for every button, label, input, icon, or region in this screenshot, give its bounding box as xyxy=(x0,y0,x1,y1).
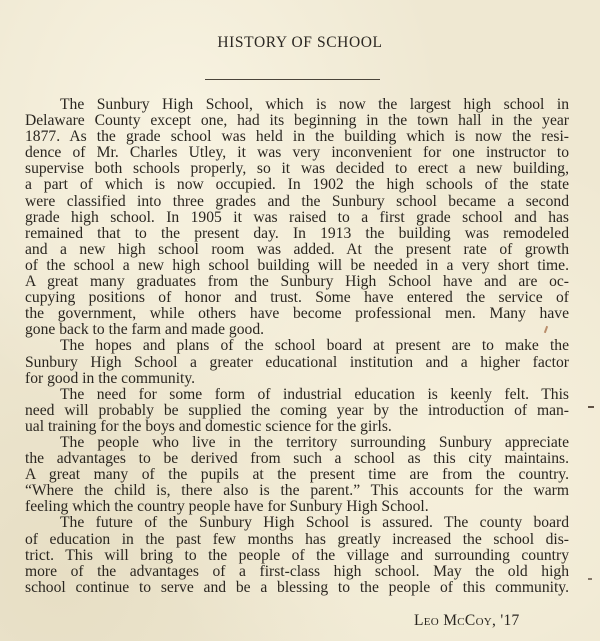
text-line: gone back to the farm and made good. xyxy=(25,322,569,338)
paragraph: The future of the Sunbury High School is… xyxy=(25,515,569,595)
text-line: dence of Mr. Charles Utley, it was very … xyxy=(25,145,569,161)
paragraph: The people who live in the territory sur… xyxy=(25,435,569,515)
text-line: A great many of the pupils at the presen… xyxy=(25,467,569,483)
ink-speck xyxy=(588,578,592,580)
text-line: The hopes and plans of the school board … xyxy=(25,338,569,354)
title-divider xyxy=(205,79,380,80)
page-title: HISTORY OF SCHOOL xyxy=(0,34,600,52)
text-line: the government, while others have become… xyxy=(25,306,569,322)
text-line: more of the advantages of a first-class … xyxy=(25,564,569,580)
text-line: The people who live in the territory sur… xyxy=(25,435,569,451)
text-line: 1877. As the grade school was held in th… xyxy=(25,129,569,145)
text-line: and a new high school room was added. At… xyxy=(25,242,569,258)
text-line: trict. This will bring to the people of … xyxy=(25,548,569,564)
text-line: The Sunbury High School, which is now th… xyxy=(25,97,569,113)
text-line: ual training for the boys and domestic s… xyxy=(25,419,569,435)
text-line: school continue to serve and be a blessi… xyxy=(25,580,569,596)
text-line: “Where the child is, there also is the p… xyxy=(25,483,569,499)
text-line: were classified into three grades and th… xyxy=(25,194,569,210)
text-line: the advantages to be derived from such a… xyxy=(25,451,569,467)
paragraph: The hopes and plans of the school board … xyxy=(25,338,569,386)
text-line: supervise both schools properly, so it w… xyxy=(25,161,569,177)
text-line: need will probably be supplied the comin… xyxy=(25,403,569,419)
text-line: The need for some form of industrial edu… xyxy=(25,387,569,403)
text-line: for good in the community. xyxy=(25,371,569,387)
paragraph: The Sunbury High School, which is now th… xyxy=(25,97,569,338)
author-signature: Leo McCoy, '17 xyxy=(414,612,520,630)
text-line: The future of the Sunbury High School is… xyxy=(25,515,569,531)
ink-speck xyxy=(588,406,594,408)
text-line: cupying positions of honor and trust. So… xyxy=(25,290,569,306)
text-line: remained that to the present day. In 191… xyxy=(25,226,569,242)
text-line: of the school a new high school building… xyxy=(25,258,569,274)
paragraph: The need for some form of industrial edu… xyxy=(25,387,569,435)
text-line: A great many graduates from the Sunbury … xyxy=(25,274,569,290)
text-line: Delaware County except one, had its begi… xyxy=(25,113,569,129)
text-line: feeling which the country people have fo… xyxy=(25,499,569,515)
article-body: The Sunbury High School, which is now th… xyxy=(25,97,569,596)
text-line: grade high school. In 1905 it was raised… xyxy=(25,210,569,226)
text-line: of education in the past few months has … xyxy=(25,532,569,548)
text-line: a part of which is now occupied. In 1902… xyxy=(25,177,569,193)
text-line: Sunbury High School a greater educationa… xyxy=(25,355,569,371)
